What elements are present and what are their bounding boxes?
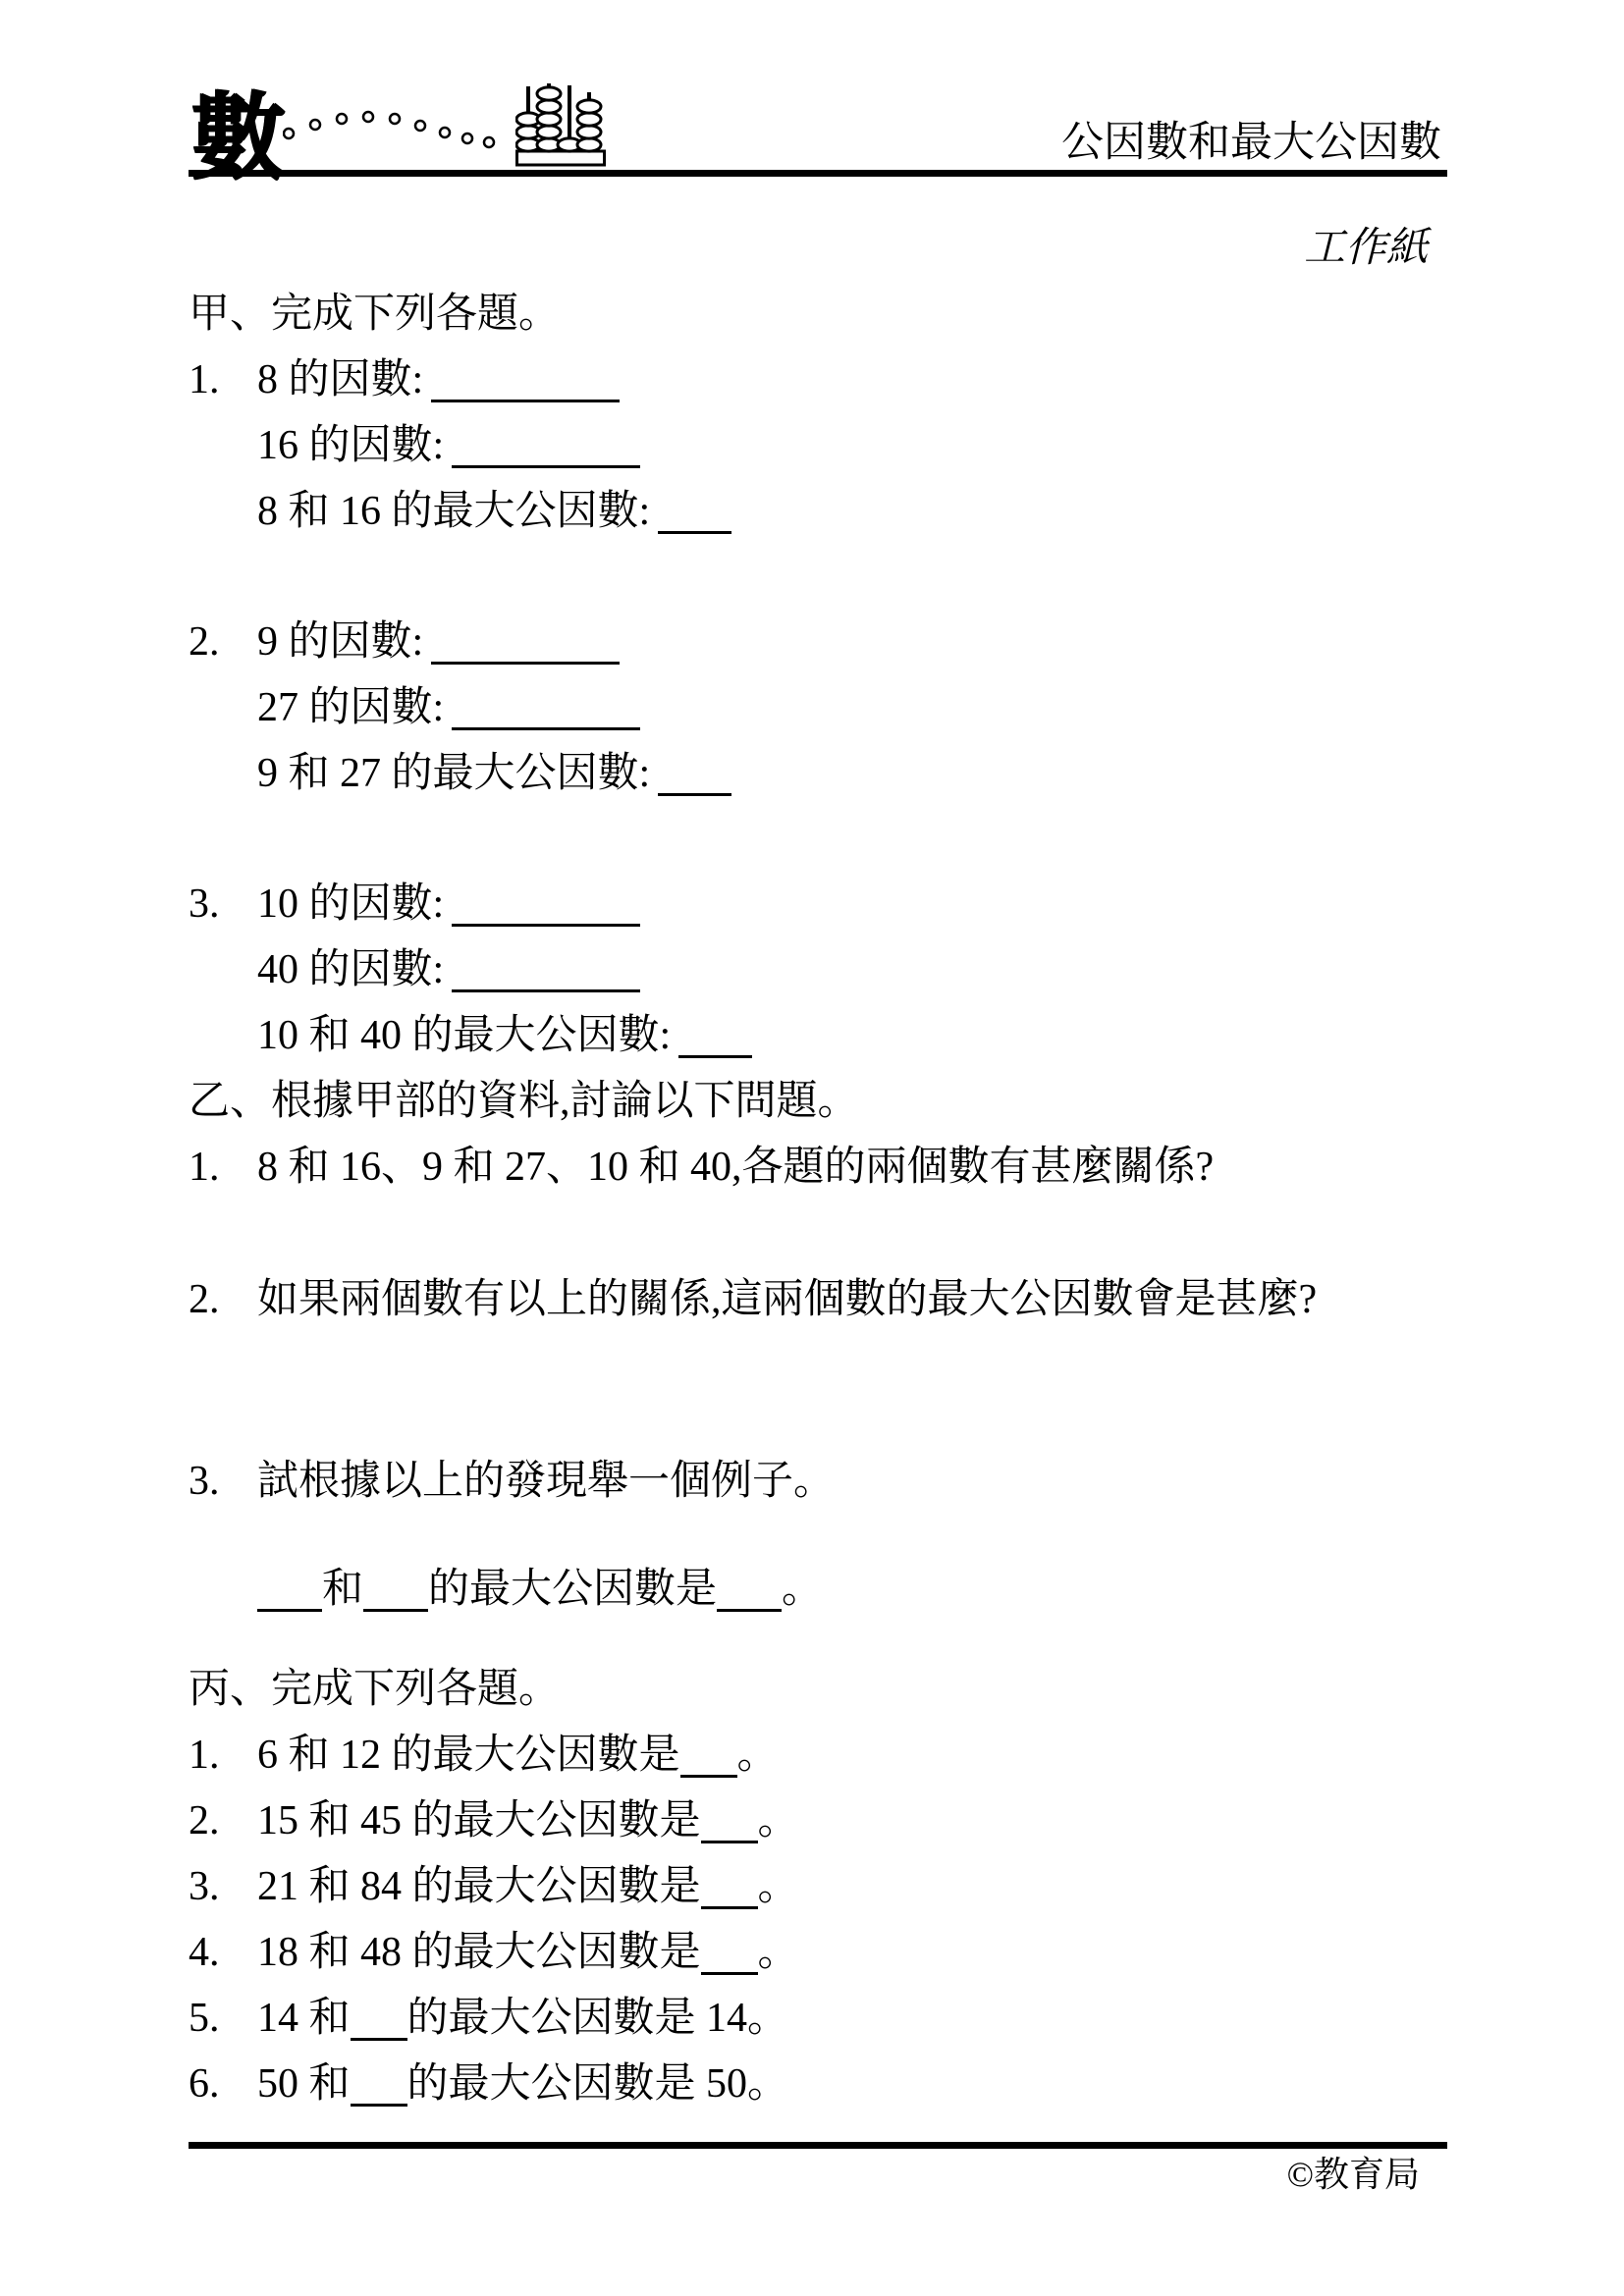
- example-text: 的最大公因數是: [428, 1567, 717, 1612]
- section-a-item-1: 1.8 的因數: 16 的因數: 8 和 16 的最大公因數:: [189, 347, 1447, 545]
- question-text: 18 和 48 的最大公因數是: [257, 1930, 701, 1975]
- section-c-heading: 丙、完成下列各題。: [189, 1657, 1447, 1723]
- section-c-item-1: 1.6 和 12 的最大公因數是。: [189, 1723, 1447, 1789]
- question-row: 1.8 的因數:: [189, 347, 1447, 413]
- question-row: 27 的因數:: [189, 675, 1447, 741]
- section-a-item-2: 2.9 的因數: 27 的因數: 9 和 27 的最大公因數:: [189, 610, 1447, 807]
- math-logo: 數: [190, 91, 285, 186]
- section-c-item-6: 6.50 和的最大公因數是 50。: [189, 2052, 1447, 2117]
- question-number: 3.: [189, 1449, 257, 1515]
- question-number: 1.: [189, 1723, 257, 1789]
- section-c-item-5: 5.14 和的最大公因數是 14。: [189, 1986, 1447, 2052]
- section-b-heading: 乙、根據甲部的資料,討論以下問題。: [189, 1069, 1447, 1135]
- page-title: 公因數和最大公因數: [1061, 119, 1441, 168]
- question-text: 10 的因數:: [257, 881, 444, 927]
- answer-blank: [257, 1609, 322, 1612]
- question-text: 40 的因數:: [257, 947, 444, 992]
- question-text: 。: [758, 1864, 799, 1909]
- question-text: 8 和 16 的最大公因數:: [257, 489, 650, 534]
- worksheet-label: 工作紙: [189, 216, 1447, 282]
- question-text: 。: [737, 1733, 779, 1778]
- answer-blank: [452, 465, 640, 468]
- answer-blank: [351, 2104, 407, 2107]
- section-c-item-4: 4.18 和 48 的最大公因數是。: [189, 1920, 1447, 1986]
- question-number: 1.: [189, 347, 257, 413]
- question-text: 8 和 16、9 和 27、10 和 40,各題的兩個數有甚麼關係?: [257, 1145, 1214, 1190]
- section-a-item-3: 3.10 的因數: 40 的因數: 10 和 40 的最大公因數:: [189, 872, 1447, 1069]
- question-text: 9 的因數:: [257, 619, 423, 665]
- question-text: 27 的因數:: [257, 685, 444, 730]
- answer-blank: [363, 1609, 428, 1612]
- answer-blank: [701, 1841, 758, 1843]
- section-c-item-2: 2.15 和 45 的最大公因數是。: [189, 1789, 1447, 1854]
- footer: ©教育局: [189, 2142, 1447, 2196]
- example-text: 和: [322, 1567, 363, 1612]
- answer-blank: [701, 1906, 758, 1909]
- question-text: 如果兩個數有以上的關係,這兩個數的最大公因數會是甚麼?: [257, 1277, 1317, 1322]
- answer-blank: [680, 1775, 737, 1778]
- question-number: 2.: [189, 1789, 257, 1854]
- question-row: 16 的因數:: [189, 413, 1447, 479]
- section-a-heading: 甲、完成下列各題。: [189, 282, 1447, 347]
- question-number: 6.: [189, 2052, 257, 2117]
- question-row: 2.9 的因數:: [189, 610, 1447, 675]
- question-text: 。: [758, 1930, 799, 1975]
- question-text: 9 和 27 的最大公因數:: [257, 751, 650, 796]
- question-text: 的最大公因數是 50。: [407, 2061, 789, 2107]
- answer-blank: [452, 989, 640, 992]
- copyright: ©教育局: [189, 2149, 1447, 2196]
- question-number: 3.: [189, 1854, 257, 1920]
- question-number: 5.: [189, 1986, 257, 2052]
- answer-blank: [717, 1609, 782, 1612]
- question-row: 3.10 的因數:: [189, 872, 1447, 937]
- question-text: 14 和: [257, 1996, 351, 2041]
- question-number: 3.: [189, 872, 257, 937]
- question-number: 4.: [189, 1920, 257, 1986]
- answer-blank: [351, 2038, 407, 2041]
- example-sentence: 和的最大公因數是。: [189, 1557, 1447, 1623]
- answer-blank: [431, 662, 620, 665]
- question-text: 50 和: [257, 2061, 351, 2107]
- question-row: 10 和 40 的最大公因數:: [189, 1003, 1447, 1069]
- question-text: 16 的因數:: [257, 423, 444, 468]
- section-b-question-2: 2.如果兩個數有以上的關係,這兩個數的最大公因數會是甚麼?: [189, 1267, 1447, 1333]
- answer-blank: [701, 1972, 758, 1975]
- answer-blank: [678, 1055, 752, 1058]
- dots-decoration: [283, 110, 499, 149]
- question-row: 9 和 27 的最大公因數:: [189, 741, 1447, 807]
- question-text: 試根據以上的發現舉一個例子。: [257, 1459, 835, 1504]
- question-number: 2.: [189, 610, 257, 675]
- answer-blank: [658, 793, 731, 796]
- section-c-item-3: 3.21 和 84 的最大公因數是。: [189, 1854, 1447, 1920]
- answer-blank: [658, 531, 731, 534]
- question-text: 21 和 84 的最大公因數是: [257, 1864, 701, 1909]
- question-number: 1.: [189, 1135, 257, 1201]
- question-text: 15 和 45 的最大公因數是: [257, 1798, 701, 1843]
- question-row: 8 和 16 的最大公因數:: [189, 479, 1447, 545]
- abacus-icon: [515, 82, 606, 167]
- question-text: 的最大公因數是 14。: [407, 1996, 789, 2041]
- answer-blank: [452, 924, 640, 927]
- example-text: 。: [782, 1567, 823, 1612]
- question-text: 10 和 40 的最大公因數:: [257, 1013, 671, 1058]
- section-b-question-3: 3.試根據以上的發現舉一個例子。: [189, 1449, 1447, 1515]
- answer-blank: [431, 400, 620, 402]
- answer-blank: [452, 727, 640, 730]
- question-text: 6 和 12 的最大公因數是: [257, 1733, 680, 1778]
- section-b-question-1: 1.8 和 16、9 和 27、10 和 40,各題的兩個數有甚麼關係?: [189, 1135, 1447, 1201]
- question-number: 2.: [189, 1267, 257, 1333]
- question-text: 。: [758, 1798, 799, 1843]
- header: 數: [189, 47, 1447, 177]
- question-text: 8 的因數:: [257, 357, 423, 402]
- worksheet-page: 數: [0, 0, 1624, 2296]
- question-row: 40 的因數:: [189, 937, 1447, 1003]
